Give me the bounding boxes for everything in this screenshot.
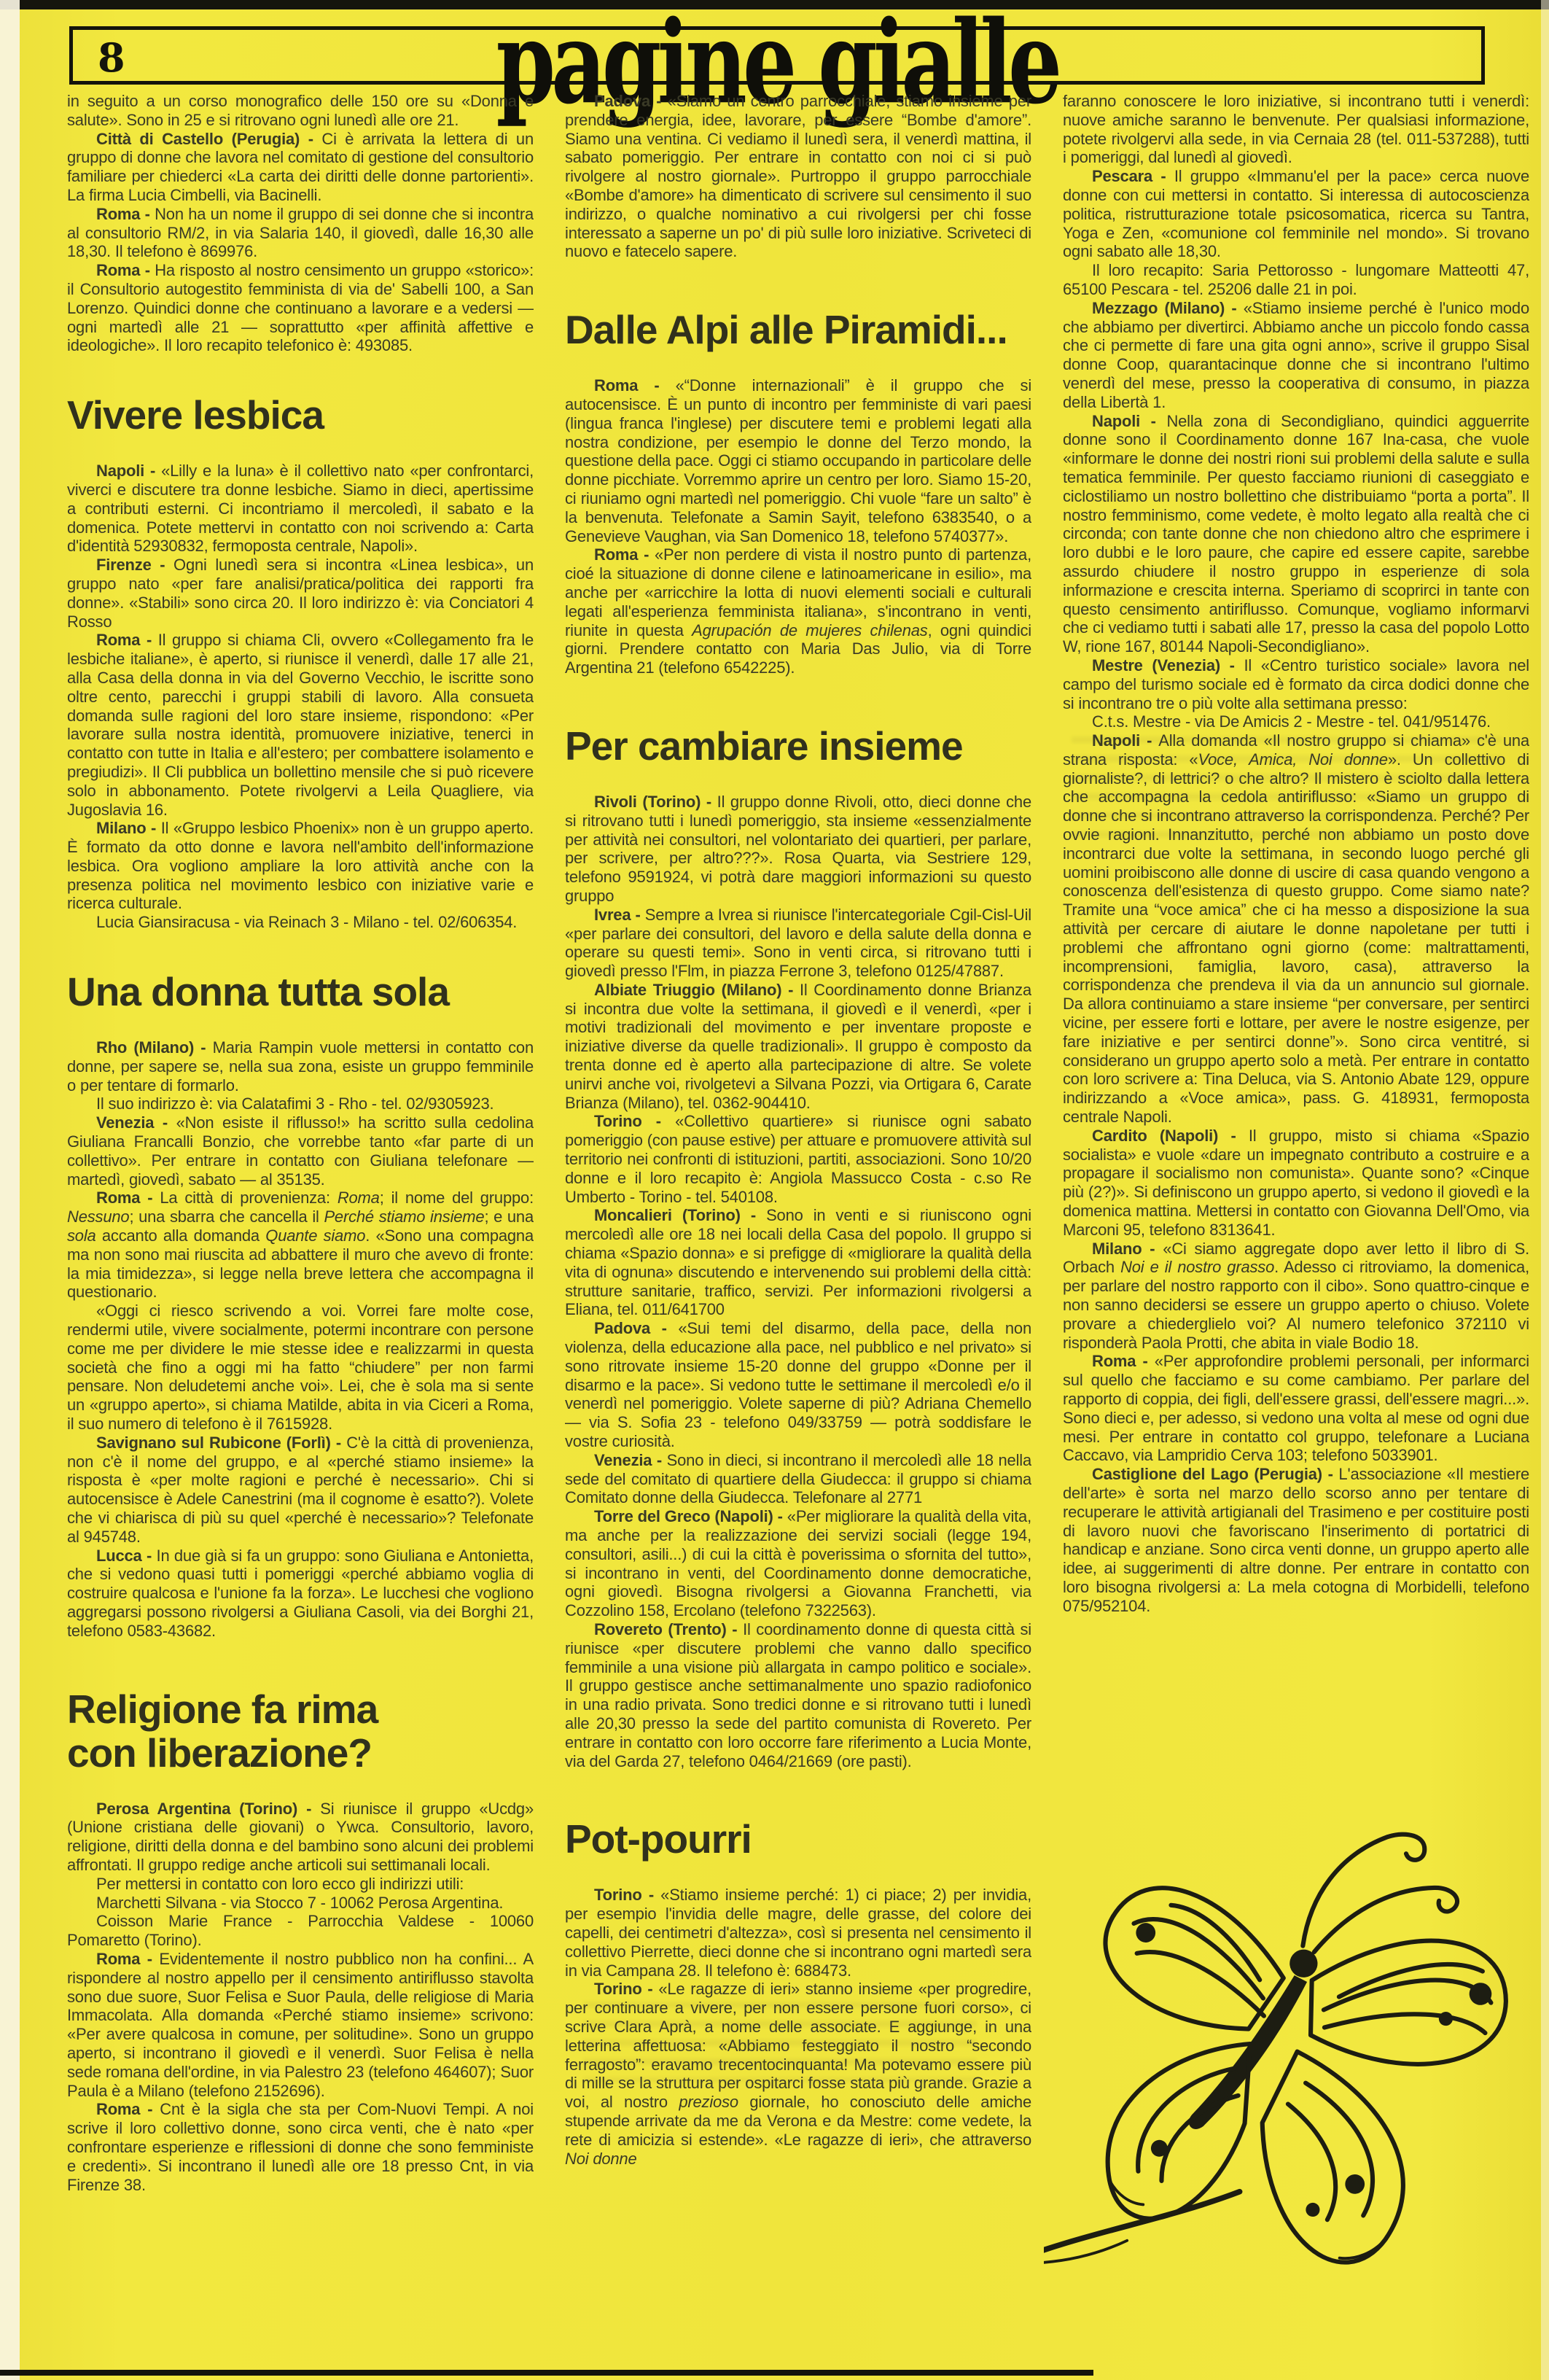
article-paragraph: C.t.s. Mestre - via De Amicis 2 - Mestre… xyxy=(1063,712,1529,731)
scan-edge-left xyxy=(0,0,20,2380)
section-heading: Dalle Alpi alle Piramidi... xyxy=(565,308,1031,351)
paragraph-lead: Roma - xyxy=(96,261,155,279)
paragraph-lead: Roma - xyxy=(594,376,676,394)
paragraph-lead: Roma - xyxy=(96,1189,160,1207)
article-paragraph: Roma - «Per approfondire problemi person… xyxy=(1063,1352,1529,1465)
paragraph-lead: Perosa Argentina (Torino) - xyxy=(96,1800,320,1818)
paragraph-text: C.t.s. Mestre - via De Amicis 2 - Mestre… xyxy=(1092,712,1491,731)
article-paragraph: Napoli - Nella zona di Secondigliano, qu… xyxy=(1063,412,1529,656)
article-paragraph: Moncalieri (Torino) - Sono in venti e si… xyxy=(565,1206,1031,1319)
article-paragraph: Lucia Giansiracusa - via Reinach 3 - Mil… xyxy=(67,913,534,932)
page-number: 8 xyxy=(98,34,125,81)
paragraph-lead: Rivoli (Torino) - xyxy=(594,793,717,811)
article-paragraph: Napoli - Alla domanda «Il nostro gruppo … xyxy=(1063,731,1529,1127)
paragraph-lead: Milano - xyxy=(96,819,161,837)
paragraph-lead: Mestre (Venezia) - xyxy=(1092,656,1244,674)
paragraph-text: Marchetti Silvana - via Stocco 7 - 10062… xyxy=(96,1894,503,1912)
article-paragraph: Roma - Evidentemente il nostro pubblico … xyxy=(67,1950,534,2100)
article-paragraph: Roma - Cnt è la sigla che sta per Com-Nu… xyxy=(67,2100,534,2194)
paragraph-text: «Sui temi del disarmo, della pace, della… xyxy=(565,1319,1031,1450)
paragraph-lead: Venezia - xyxy=(594,1451,667,1469)
article-paragraph: Padova - «Siamo un centro parrocchiale, … xyxy=(565,92,1031,261)
paragraph-lead: Roma - xyxy=(96,205,155,223)
article-paragraph: Venezia - Sono in dieci, si incontrano i… xyxy=(565,1451,1031,1507)
paragraph-text: Il gruppo si chiama Cli, ovvero «Collega… xyxy=(67,631,534,818)
article-paragraph: Rivoli (Torino) - Il gruppo donne Rivoli… xyxy=(565,793,1031,906)
paragraph-lead: Padova - xyxy=(594,1319,678,1337)
article-paragraph: Il loro recapito: Saria Pettorosso - lun… xyxy=(1063,261,1529,299)
paragraph-lead: Roma - xyxy=(96,631,158,649)
article-paragraph: in seguito a un corso monografico delle … xyxy=(67,92,534,130)
paragraph-text: Per mettersi in contatto con loro ecco g… xyxy=(96,1875,464,1893)
article-paragraph: Milano - «Ci siamo aggregate dopo aver l… xyxy=(1063,1240,1529,1353)
article-paragraph: Castiglione del Lago (Perugia) - L'assoc… xyxy=(1063,1465,1529,1615)
section-heading: Una donna tutta sola xyxy=(67,970,534,1014)
paragraph-text: «Per non perdere di vista il nostro punt… xyxy=(565,545,1031,677)
article-paragraph: Pescara - Il gruppo «Immanu'el per la pa… xyxy=(1063,167,1529,261)
article-paragraph: Coisson Marie France - Parrocchia Valdes… xyxy=(67,1912,534,1950)
paragraph-lead: Cardito (Napoli) - xyxy=(1092,1127,1249,1145)
paragraph-lead: Napoli - xyxy=(96,462,161,480)
section-heading: Vivere lesbica xyxy=(67,393,534,437)
paragraph-lead: Napoli - xyxy=(1092,731,1158,750)
paragraph-text: Alla domanda «Il nostro gruppo si chiama… xyxy=(1063,731,1529,1126)
article-paragraph: Milano - Il «Gruppo lesbico Phoenix» non… xyxy=(67,819,534,913)
paragraph-lead: Firenze - xyxy=(96,556,173,574)
article-paragraph: Il suo indirizzo è: via Calatafimi 3 - R… xyxy=(67,1094,534,1113)
article-paragraph: Città di Castello (Perugia) - Ci è arriv… xyxy=(67,130,534,205)
paragraph-text: «Siamo un centro parrocchiale, stiamo in… xyxy=(565,92,1031,260)
paragraph-lead: Roma - xyxy=(96,2100,160,2118)
article-paragraph: Roma - Ha risposto al nostro censimento … xyxy=(67,261,534,355)
paragraph-lead: Mezzago (Milano) - xyxy=(1092,299,1244,317)
paragraph-text: L'associazione «Il mestiere dell'arte» è… xyxy=(1063,1465,1529,1615)
article-paragraph: Perosa Argentina (Torino) - Si riunisce … xyxy=(67,1800,534,1875)
article-paragraph: Per mettersi in contatto con loro ecco g… xyxy=(67,1875,534,1894)
paragraph-lead: Città di Castello (Perugia) - xyxy=(96,130,321,148)
paragraph-lead: Roma - xyxy=(594,545,655,564)
article-paragraph: Roma - «Per non perdere di vista il nost… xyxy=(565,545,1031,677)
article-paragraph: Firenze - Ogni lunedì sera si incontra «… xyxy=(67,556,534,631)
butterfly-illustration xyxy=(1044,1763,1518,2354)
paragraph-text: «Le ragazze di ieri» stanno insieme «per… xyxy=(565,1980,1031,2167)
paragraph-lead: Rho (Milano) - xyxy=(96,1038,213,1057)
article-paragraph: Venezia - «Non esiste il riflusso!» ha s… xyxy=(67,1113,534,1189)
scan-edge-bottom xyxy=(0,2370,1093,2376)
article-paragraph: Rho (Milano) - Maria Rampin vuole metter… xyxy=(67,1038,534,1094)
paragraph-lead: Milano - xyxy=(1092,1240,1163,1258)
article-paragraph: Savignano sul Rubicone (Forlì) - C'è la … xyxy=(67,1434,534,1547)
scan-edge-right xyxy=(1541,0,1549,2380)
paragraph-lead: Torino - xyxy=(594,1980,658,1998)
masthead-box: 8 pagine gialle xyxy=(69,26,1485,85)
paragraph-lead: Ivrea - xyxy=(594,906,645,924)
article-paragraph: Cardito (Napoli) - Il gruppo, misto si c… xyxy=(1063,1127,1529,1240)
article-paragraph: Marchetti Silvana - via Stocco 7 - 10062… xyxy=(67,1894,534,1913)
paragraph-lead: Roma - xyxy=(1092,1352,1155,1370)
paragraph-lead: Lucca - xyxy=(96,1547,157,1565)
article-paragraph: Roma - Il gruppo si chiama Cli, ovvero «… xyxy=(67,631,534,819)
paragraph-text: «“Donne internazionali” è il gruppo che … xyxy=(565,376,1031,545)
paragraph-lead: Torino - xyxy=(594,1112,675,1130)
paragraph-text: in seguito a un corso monografico delle … xyxy=(67,92,534,129)
section-heading: Per cambiare insieme xyxy=(565,724,1031,768)
paragraph-lead: Pescara - xyxy=(1092,167,1174,185)
article-paragraph: Torino - «Stiamo insieme perché: 1) ci p… xyxy=(565,1886,1031,1980)
article-paragraph: Mestre (Venezia) - Il «Centro turistico … xyxy=(1063,656,1529,712)
paragraph-text: Il coordinamento donne di questa città s… xyxy=(565,1620,1031,1770)
paragraph-lead: Albiate Triuggio (Milano) - xyxy=(594,981,800,999)
article-paragraph: Roma - «“Donne internazionali” è il grup… xyxy=(565,376,1031,545)
section-heading: Religione fa rimacon liberazione? xyxy=(67,1687,534,1775)
paragraph-text: Lucia Giansiracusa - via Reinach 3 - Mil… xyxy=(96,913,517,931)
article-paragraph: Mezzago (Milano) - «Stiamo insieme perch… xyxy=(1063,299,1529,412)
paragraph-lead: Napoli - xyxy=(1092,412,1166,430)
paragraph-lead: Savignano sul Rubicone (Forlì) - xyxy=(96,1434,346,1452)
article-paragraph: Torre del Greco (Napoli) - «Per migliora… xyxy=(565,1507,1031,1620)
paragraph-text: Il Coordinamento donne Brianza si incont… xyxy=(565,981,1031,1112)
paragraph-lead: Castiglione del Lago (Perugia) - xyxy=(1092,1465,1338,1483)
paragraph-text: «Oggi ci riesco scrivendo a voi. Vorrei … xyxy=(67,1302,534,1433)
article-paragraph: «Oggi ci riesco scrivendo a voi. Vorrei … xyxy=(67,1302,534,1434)
paragraph-lead: Moncalieri (Torino) - xyxy=(594,1206,766,1224)
paragraph-text: Nella zona di Secondigliano, quindici ag… xyxy=(1063,412,1529,656)
paragraph-lead: Torre del Greco (Napoli) - xyxy=(594,1507,787,1525)
column-1: in seguito a un corso monografico delle … xyxy=(67,92,534,2376)
paragraph-text: faranno conoscere le loro iniziative, si… xyxy=(1063,92,1529,166)
article-paragraph: faranno conoscere le loro iniziative, si… xyxy=(1063,92,1529,167)
paragraph-lead: Torino - xyxy=(594,1886,660,1904)
article-paragraph: Padova - «Sui temi del disarmo, della pa… xyxy=(565,1319,1031,1451)
paragraph-lead: Padova - xyxy=(594,92,668,110)
article-paragraph: Torino - «Collettivo quartiere» si riuni… xyxy=(565,1112,1031,1206)
article-paragraph: Rovereto (Trento) - Il coordinamento don… xyxy=(565,1620,1031,1770)
paragraph-text: Il suo indirizzo è: via Calatafimi 3 - R… xyxy=(96,1094,493,1113)
article-paragraph: Roma - Non ha un nome il gruppo di sei d… xyxy=(67,205,534,261)
paragraph-lead: Rovereto (Trento) - xyxy=(594,1620,743,1638)
article-paragraph: Torino - «Le ragazze di ieri» stanno ins… xyxy=(565,1980,1031,2168)
paragraph-text: Evidentemente il nostro pubblico non ha … xyxy=(67,1950,534,2100)
article-paragraph: Ivrea - Sempre a Ivrea si riunisce l'int… xyxy=(565,906,1031,981)
article-paragraph: Roma - La città di provenienza: Roma; il… xyxy=(67,1189,534,1302)
article-paragraph: Napoli - «Lilly e la luna» è il colletti… xyxy=(67,462,534,556)
article-paragraph: Lucca - In due già si fa un gruppo: sono… xyxy=(67,1547,534,1641)
article-paragraph: Albiate Triuggio (Milano) - Il Coordinam… xyxy=(565,981,1031,1113)
section-heading: Pot-pourri xyxy=(565,1817,1031,1861)
paragraph-text: Coisson Marie France - Parrocchia Valdes… xyxy=(67,1912,534,1949)
column-2: Padova - «Siamo un centro parrocchiale, … xyxy=(565,92,1031,2376)
paragraph-lead: Venezia - xyxy=(96,1113,176,1132)
newspaper-page: 8 pagine gialle in seguito a un corso mo… xyxy=(0,0,1549,2380)
paragraph-lead: Roma - xyxy=(96,1950,159,1968)
paragraph-text: Il loro recapito: Saria Pettorosso - lun… xyxy=(1063,261,1529,298)
